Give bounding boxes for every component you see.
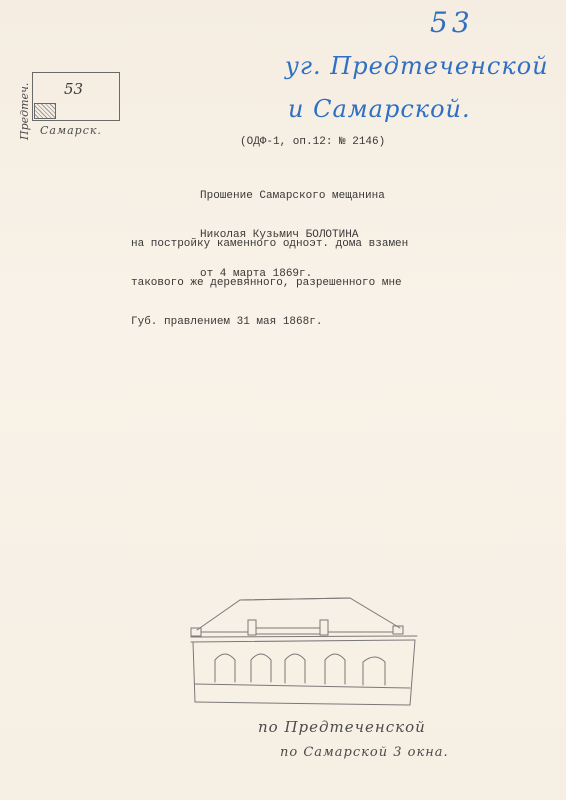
body-line: Губ. правлением 31 мая 1868г. xyxy=(131,316,408,329)
body-line: на постройку каменного одноэт. дома взам… xyxy=(131,238,408,251)
title-line: Прошение Самарского мещанина xyxy=(200,190,385,203)
site-plan-bottom-street: Самарск. xyxy=(40,124,102,137)
hatched-building-icon xyxy=(34,103,56,119)
sketch-caption-line-1: по Предтеченской xyxy=(258,718,426,736)
street-annotation-line-1: уг. Предтеченской xyxy=(285,52,549,80)
street-annotation-line-2: и Самарской. xyxy=(288,95,471,123)
archive-reference: (ОДФ-1, оп.12: № 2146) xyxy=(240,136,385,149)
facade-sketch xyxy=(185,590,425,715)
body-line: такового же деревянного, разрешенного мн… xyxy=(131,277,408,290)
site-plan-lot-number: 53 xyxy=(64,80,83,98)
folio-number: 53 xyxy=(430,6,474,39)
document-page: 53 уг. Предтеченской и Самарской. 53 Пре… xyxy=(0,0,566,800)
sketch-caption-line-2: по Самарской 3 окна. xyxy=(280,745,449,760)
site-plan-side-street: Предтеч. xyxy=(18,83,31,140)
petition-body: на постройку каменного одноэт. дома взам… xyxy=(131,212,408,355)
